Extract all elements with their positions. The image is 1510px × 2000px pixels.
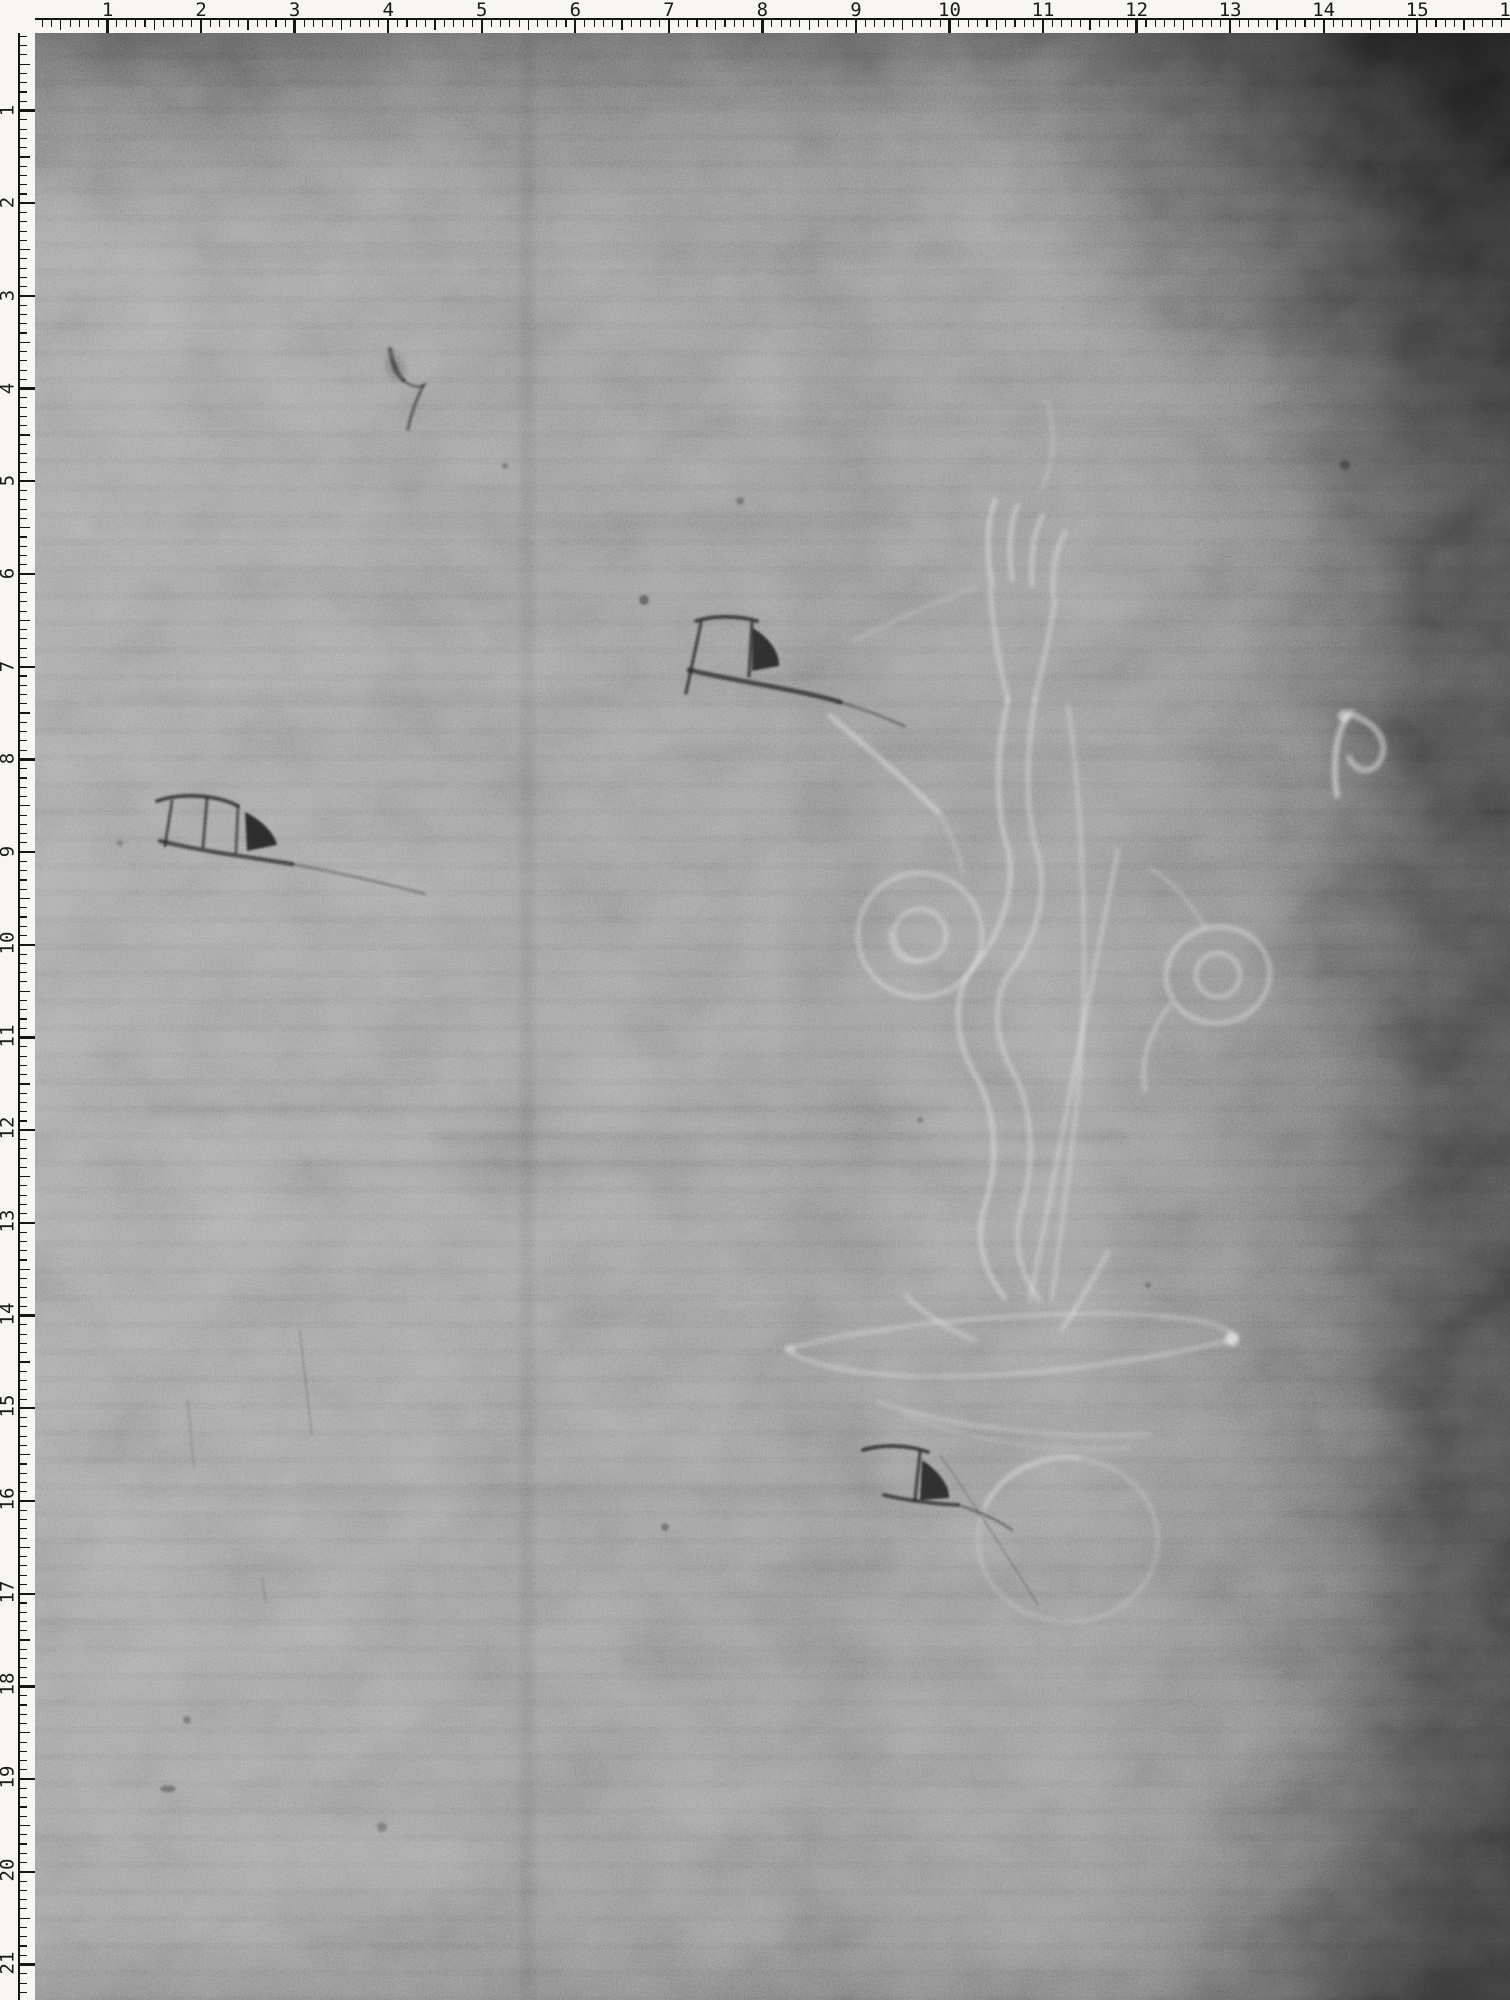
tick (182, 19, 183, 27)
tick (19, 1732, 30, 1733)
cm-ruler-left: 123456789101112131415161718192021 (0, 0, 35, 2000)
tick (706, 19, 707, 27)
tick (19, 1834, 27, 1835)
tick (1005, 19, 1006, 27)
tick (360, 19, 361, 27)
tick (257, 19, 258, 27)
tick (19, 342, 30, 343)
tick (781, 19, 782, 27)
tick (19, 249, 30, 250)
tick (19, 138, 27, 139)
ruler-number: 2 (195, 1, 206, 20)
tick (19, 1955, 27, 1956)
tick (19, 750, 27, 751)
paper-sheet (35, 33, 1510, 2000)
tick (19, 564, 27, 565)
tick (678, 19, 679, 27)
tick (219, 19, 220, 27)
tick (19, 462, 27, 463)
ruler-number-clipped: 1 (1499, 1, 1510, 20)
ruler-number: 11 (0, 1027, 18, 1047)
tick (19, 1389, 27, 1390)
tick (19, 1677, 27, 1678)
tick (977, 19, 978, 27)
tick (19, 1176, 30, 1177)
tick (88, 19, 89, 27)
tick (19, 722, 27, 723)
tick (19, 1519, 27, 1520)
tick (19, 1973, 27, 1974)
ruler-number: 6 (0, 564, 18, 584)
tick (19, 258, 27, 259)
ruler-number: 13 (1219, 1, 1242, 20)
tick (19, 1547, 30, 1548)
tick (19, 101, 27, 102)
ruler-number: 7 (0, 656, 18, 676)
tick (19, 45, 27, 46)
tick (19, 425, 27, 426)
tick (19, 879, 27, 880)
tick (19, 731, 27, 732)
tick (528, 19, 529, 30)
tick (126, 19, 127, 27)
tick (19, 1491, 27, 1492)
tick (19, 1843, 27, 1844)
tick (19, 1102, 27, 1103)
tick (19, 1649, 27, 1650)
tick (18, 1500, 35, 1502)
tick (19, 1565, 27, 1566)
tick (631, 19, 632, 27)
tick (19, 1111, 27, 1112)
ruler-number: 20 (0, 1861, 18, 1881)
tick (19, 129, 27, 130)
tick (1276, 19, 1277, 30)
ruler-number: 11 (1032, 1, 1055, 20)
tick (18, 666, 35, 668)
tick (247, 19, 248, 30)
tick (19, 1361, 30, 1362)
tick (696, 19, 697, 27)
tick (60, 19, 61, 30)
tick (98, 19, 99, 27)
tick (42, 19, 43, 27)
tick (19, 379, 27, 380)
tick (19, 360, 27, 361)
tick (19, 916, 27, 917)
tick (1379, 19, 1380, 27)
tick (19, 1788, 27, 1789)
tick (19, 36, 27, 37)
tick (19, 240, 27, 241)
tick (640, 19, 641, 27)
tick (565, 19, 566, 27)
tick (19, 1436, 27, 1437)
tick (332, 19, 333, 27)
ruler-number: 14 (1312, 1, 1335, 20)
tick (19, 1918, 30, 1919)
tick (19, 926, 27, 927)
ruler-number: 12 (0, 1120, 18, 1140)
tick (19, 54, 27, 55)
tick (19, 842, 27, 843)
tick (19, 1695, 27, 1696)
ruler-number: 5 (476, 1, 487, 20)
tick (519, 19, 520, 27)
tick (19, 1046, 27, 1047)
tick (191, 19, 192, 27)
tick (19, 323, 27, 324)
tick (837, 19, 838, 27)
ruler-number: 19 (0, 1769, 18, 1789)
ruler-number: 14 (0, 1305, 18, 1325)
tick (19, 1862, 27, 1863)
tick (18, 1222, 35, 1224)
tick (612, 19, 613, 27)
tick (19, 768, 27, 769)
tick (19, 1139, 27, 1140)
tick (19, 1463, 27, 1464)
tick (135, 19, 136, 27)
tick (621, 19, 622, 30)
tick (1155, 19, 1156, 27)
tick (1248, 19, 1249, 27)
ruler-number: 15 (1406, 1, 1429, 20)
tick (453, 19, 454, 27)
tick (19, 1250, 27, 1251)
tick (1024, 19, 1025, 27)
tick (341, 19, 342, 30)
tick (19, 314, 27, 315)
tick (1202, 19, 1203, 27)
tick (463, 19, 464, 27)
tick (1342, 19, 1343, 27)
ruler-number: 10 (938, 1, 961, 20)
tick (378, 19, 379, 27)
ruler-number: 21 (0, 1954, 18, 1974)
tick (19, 1380, 27, 1381)
tick (19, 1093, 27, 1094)
tick (19, 1445, 27, 1446)
ruler-number: 10 (0, 934, 18, 954)
tick (19, 1000, 27, 1001)
tick (1295, 19, 1296, 27)
tick (19, 1760, 27, 1761)
tick (1304, 19, 1305, 27)
tick (18, 851, 35, 853)
ruler-number: 6 (570, 1, 581, 20)
tick (19, 1806, 27, 1807)
tick (18, 387, 35, 389)
tick (19, 221, 27, 222)
tick (79, 19, 80, 27)
tick (912, 19, 913, 27)
tick (1473, 19, 1474, 27)
tick (19, 1306, 27, 1307)
tick (500, 19, 501, 27)
tick (19, 777, 27, 778)
tick (19, 1528, 27, 1529)
tick (19, 332, 27, 333)
tick (18, 109, 35, 111)
tick (19, 147, 27, 148)
tick (19, 156, 30, 157)
tick (18, 573, 35, 575)
tick (19, 91, 27, 92)
tick (509, 19, 510, 27)
ruler-number: 17 (0, 1583, 18, 1603)
tick (19, 1148, 27, 1149)
tick (799, 19, 800, 27)
tick (19, 1204, 27, 1205)
ruler-number: 8 (757, 1, 768, 20)
tick (865, 19, 866, 27)
tick (51, 19, 52, 27)
tick (444, 19, 445, 27)
ruler-number: 3 (0, 285, 18, 305)
tick (1286, 19, 1287, 27)
tick (19, 1751, 27, 1752)
tick (19, 1297, 27, 1298)
tick (416, 19, 417, 27)
tick (491, 19, 492, 27)
tick (19, 805, 30, 806)
tick (19, 685, 27, 686)
tick (19, 611, 27, 612)
tick (724, 19, 725, 27)
tick (19, 1352, 27, 1353)
tick (19, 1639, 30, 1640)
tick (19, 1723, 27, 1724)
ruler-number: 15 (0, 1398, 18, 1418)
tick (1482, 19, 1483, 27)
tick (771, 19, 772, 27)
tick (275, 19, 276, 27)
tick (19, 231, 27, 232)
tick (1117, 19, 1118, 27)
tick (19, 1704, 27, 1705)
tick (1014, 19, 1015, 27)
tick (19, 546, 27, 547)
tick (1089, 19, 1090, 30)
tick (19, 453, 27, 454)
tick (19, 1232, 27, 1233)
tick (19, 1890, 27, 1891)
tick (1351, 19, 1352, 27)
tick (19, 119, 27, 120)
tick (874, 19, 875, 27)
tick (1463, 19, 1464, 30)
tick (19, 212, 27, 213)
tick (18, 944, 35, 946)
tick (19, 1269, 30, 1270)
tick (19, 1575, 27, 1576)
tick (19, 370, 27, 371)
tick (19, 1612, 27, 1613)
ruler-number: 1 (0, 100, 18, 120)
tick (19, 1454, 30, 1455)
tick (19, 175, 27, 176)
tick (19, 963, 27, 964)
tick (650, 19, 651, 27)
tick (19, 1399, 27, 1400)
tick (18, 1778, 35, 1780)
tick (19, 1417, 27, 1418)
tick (19, 1259, 27, 1260)
tick (1267, 19, 1268, 27)
tick (19, 1120, 27, 1121)
tick (18, 1036, 35, 1038)
tick (19, 82, 27, 83)
tick (19, 1584, 27, 1585)
tick (19, 490, 27, 491)
tick (19, 954, 27, 955)
ruler-number: 9 (850, 1, 861, 20)
tick (19, 1195, 27, 1196)
tick (19, 193, 27, 194)
tick (18, 1685, 35, 1687)
tick (19, 1083, 30, 1084)
tick (18, 202, 35, 204)
tick (19, 1324, 27, 1325)
tick (968, 19, 969, 27)
tick (19, 1825, 30, 1826)
tick (19, 1769, 27, 1770)
tick (19, 657, 27, 658)
tick (659, 19, 660, 27)
tick (163, 19, 164, 27)
tick (584, 19, 585, 27)
tick (603, 19, 604, 27)
tick (846, 19, 847, 27)
tick (18, 295, 35, 297)
tick (19, 1158, 27, 1159)
tick (116, 19, 117, 27)
tick (19, 536, 27, 537)
tick (818, 19, 819, 27)
tick (1108, 19, 1109, 27)
tick (19, 1899, 27, 1900)
tick (986, 19, 987, 27)
tick (19, 527, 30, 528)
tick (19, 1167, 27, 1168)
tick (18, 1963, 35, 1965)
tick (144, 19, 145, 27)
tick (594, 19, 595, 27)
tick (18, 1407, 35, 1409)
tick (19, 1074, 27, 1075)
tick (322, 19, 323, 27)
tick (19, 712, 30, 713)
tick (921, 19, 922, 27)
ruler-top-rail (0, 18, 1510, 20)
tick (19, 1482, 27, 1483)
tick (19, 1426, 27, 1427)
ruler-number: 9 (0, 842, 18, 862)
tick (19, 1797, 27, 1798)
ruler-number: 8 (0, 749, 18, 769)
tick (18, 1593, 35, 1595)
ruler-number: 5 (0, 471, 18, 491)
tick (19, 555, 27, 556)
tick (1492, 19, 1493, 27)
tick (70, 19, 71, 27)
tick (19, 1658, 27, 1659)
tick (19, 694, 27, 695)
tick (19, 397, 27, 398)
tick (1211, 19, 1212, 27)
tick (229, 19, 230, 27)
tick (19, 1927, 27, 1928)
tick (827, 19, 828, 27)
tick (19, 184, 27, 185)
tick (19, 1018, 27, 1019)
tick (1174, 19, 1175, 27)
tick (19, 898, 30, 899)
ruler-number: 16 (0, 1491, 18, 1511)
tick (19, 1667, 27, 1668)
tick (19, 268, 27, 269)
tick (19, 981, 27, 982)
tick (313, 19, 314, 27)
tick (19, 1028, 27, 1029)
tick (425, 19, 426, 27)
tick (734, 19, 735, 27)
tick (19, 1630, 27, 1631)
tick (19, 407, 27, 408)
radiograph-image: 123456789101112131415161718192021 012345… (0, 0, 1510, 2000)
tick (19, 434, 30, 435)
tick (19, 351, 27, 352)
tick (304, 19, 305, 27)
ruler-number: 2 (0, 193, 18, 213)
tick (19, 1287, 27, 1288)
tick (19, 166, 27, 167)
tick (1164, 19, 1165, 27)
tick (18, 480, 35, 482)
tick (397, 19, 398, 27)
tick (1435, 19, 1436, 27)
tick (19, 870, 27, 871)
tick (19, 1983, 27, 1984)
tick (210, 19, 211, 27)
tick (556, 19, 557, 27)
tick (884, 19, 885, 27)
tick (19, 1853, 27, 1854)
tick (369, 19, 370, 27)
tick (173, 19, 174, 27)
tick (19, 1602, 27, 1603)
tick (753, 19, 754, 27)
tick (19, 907, 27, 908)
tick (1183, 19, 1184, 30)
tick (19, 509, 27, 510)
ruler-number: 3 (289, 1, 300, 20)
tick (19, 1334, 27, 1335)
tick (1061, 19, 1062, 27)
tick (472, 19, 473, 27)
tick (406, 19, 407, 27)
tick (19, 1473, 27, 1474)
tick (19, 472, 27, 473)
tick (19, 444, 27, 445)
tick (19, 787, 27, 788)
tick (19, 592, 27, 593)
tick (743, 19, 744, 27)
tick (19, 972, 27, 973)
tick (19, 1992, 27, 1993)
tick (19, 499, 27, 500)
